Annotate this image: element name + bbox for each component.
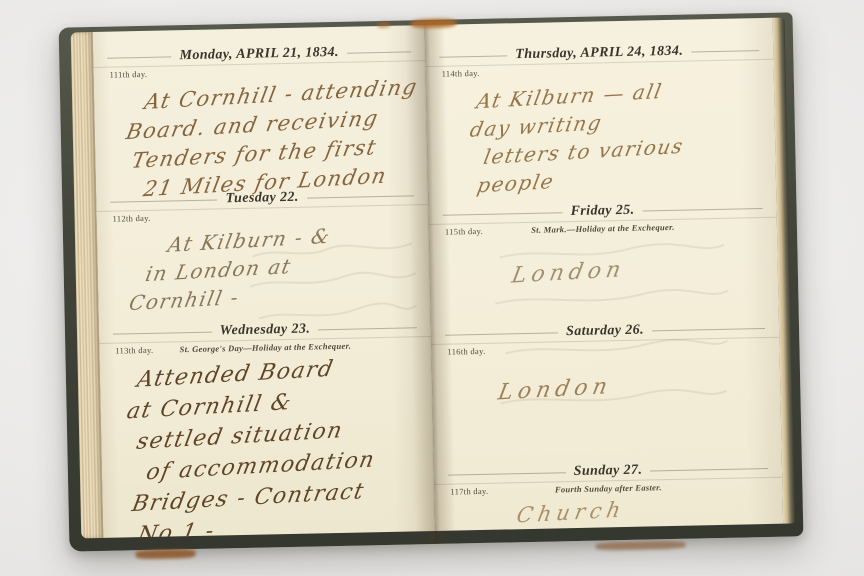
day-number: 111th day. bbox=[109, 69, 147, 80]
day-number: 112th day. bbox=[112, 213, 150, 224]
worn-binding-spot bbox=[136, 549, 196, 559]
day-title: Saturday 26. bbox=[566, 323, 644, 341]
diary-section-monday: Monday, APRIL 21, 1834. 111th day. At Co… bbox=[93, 43, 428, 201]
handwritten-entry: At Kilburn - & in London at Cornhill - bbox=[96, 216, 432, 318]
handwritten-entry: At Kilburn — all day writing letters to … bbox=[425, 71, 778, 202]
header-rule bbox=[652, 328, 765, 331]
diary-section-wednesday: Wednesday 23. 113th day. St. George's Da… bbox=[99, 319, 435, 538]
day-number: 114th day. bbox=[442, 68, 480, 79]
diary-section-friday: Friday 25. 115th day. St. Mark.—Holiday … bbox=[428, 200, 778, 287]
handwritten-entry: London bbox=[432, 365, 781, 409]
diary-section-tuesday: Tuesday 22. 112th day. At Kilburn - & in… bbox=[96, 187, 430, 313]
header-rule bbox=[347, 51, 411, 53]
day-title: Friday 25. bbox=[570, 203, 634, 220]
header-rule bbox=[107, 56, 171, 58]
diary-section-thursday: Thursday, APRIL 24, 1834. 114th day. At … bbox=[425, 42, 776, 196]
handwritten-entry: Attended Board at Cornhill & settled sit… bbox=[97, 348, 436, 538]
header-rule bbox=[307, 195, 414, 198]
day-title: Monday, APRIL 21, 1834. bbox=[179, 45, 339, 64]
handwriting-line: London bbox=[496, 364, 782, 405]
header-rule bbox=[113, 331, 212, 334]
day-title: Sunday 27. bbox=[574, 463, 643, 480]
header-rule bbox=[110, 199, 217, 202]
header-rule bbox=[650, 467, 768, 470]
handwritten-entry: At Cornhill - attending Board. and recei… bbox=[93, 72, 430, 206]
handwriting-line: London bbox=[510, 249, 780, 289]
worn-binding-spot bbox=[595, 541, 685, 551]
header-rule bbox=[439, 55, 507, 57]
diary-book: Monday, APRIL 21, 1834. 111th day. At Co… bbox=[59, 12, 804, 551]
header-rule bbox=[445, 332, 558, 335]
day-title: Tuesday 22. bbox=[226, 190, 299, 208]
header-rule bbox=[642, 208, 762, 212]
diary-section-saturday: Saturday 26. 116th day. London bbox=[431, 320, 781, 403]
handwritten-entry: London bbox=[429, 249, 778, 293]
header-rule bbox=[448, 472, 566, 475]
header-rule bbox=[318, 327, 417, 330]
day-title: Wednesday 23. bbox=[220, 322, 311, 340]
left-page: Monday, APRIL 21, 1834. 111th day. At Co… bbox=[93, 25, 436, 538]
photo-of-diary: { "photo": { "description": "Open handwr… bbox=[0, 0, 864, 576]
day-number: 116th day. bbox=[447, 346, 485, 357]
holiday-note: St. Mark.—Holiday at the Exchequer. bbox=[429, 220, 777, 237]
book-inner: Monday, APRIL 21, 1834. 111th day. At Co… bbox=[71, 18, 796, 539]
right-page: Thursday, APRIL 24, 1834. 114th day. At … bbox=[425, 18, 784, 531]
diary-section-sunday: Sunday 27. 117th day. Fourth Sunday afte… bbox=[434, 460, 783, 526]
header-rule bbox=[443, 212, 563, 216]
header-rule bbox=[691, 50, 759, 52]
